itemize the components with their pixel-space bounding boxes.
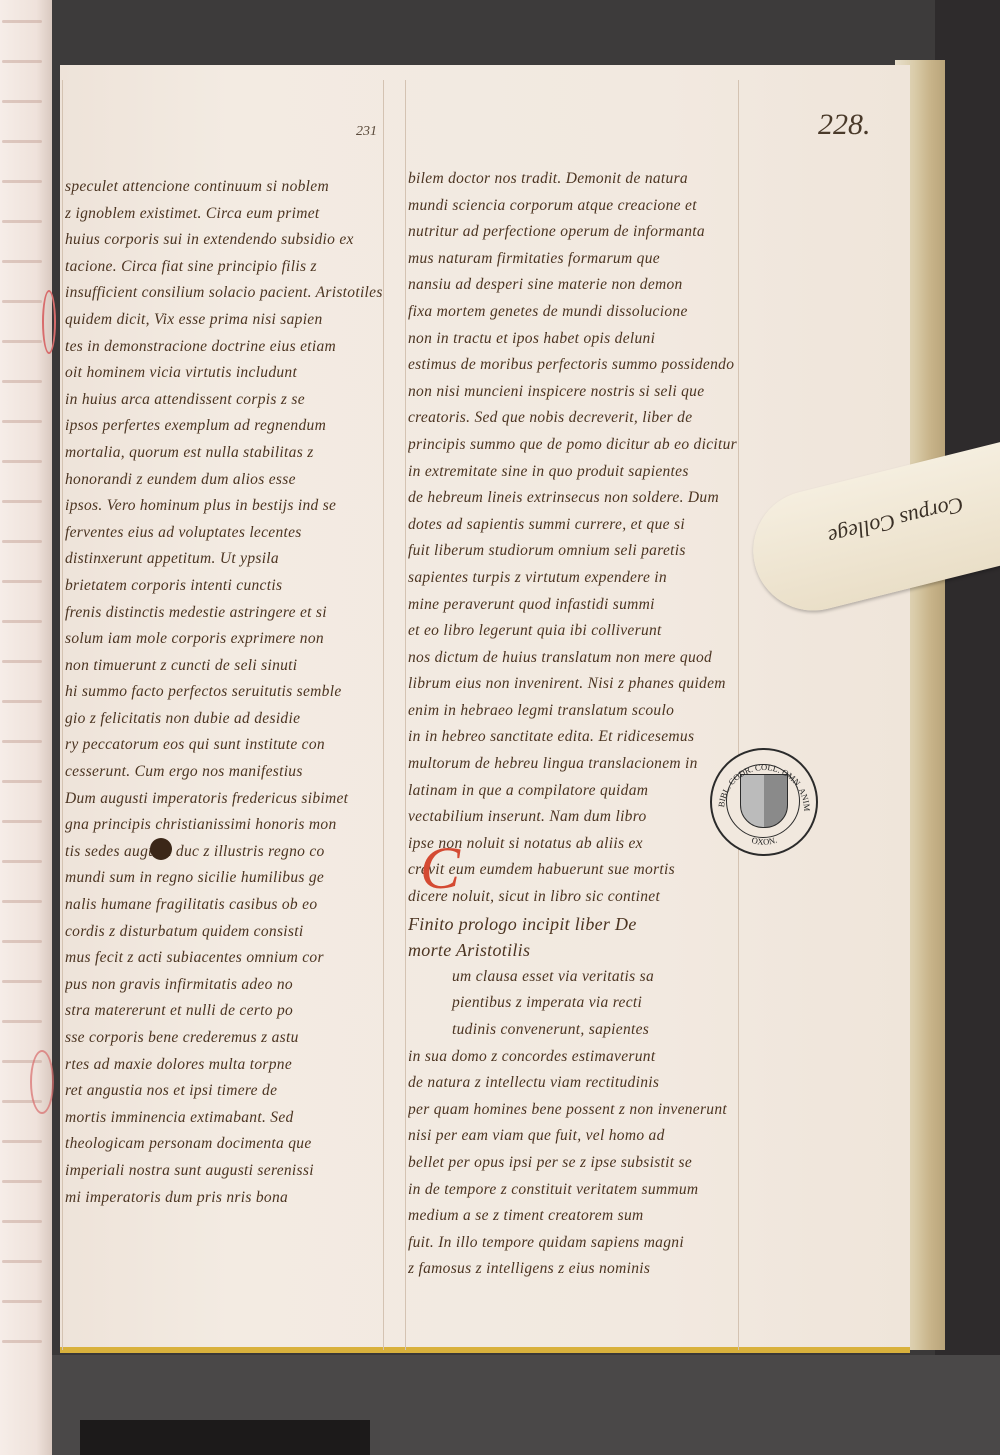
ruling-line-left-outer xyxy=(62,80,63,1350)
text-line: tes in demonstracione doctrine eius etia… xyxy=(65,334,385,361)
left-facing-page xyxy=(0,0,52,1455)
text-line: cordis z disturbatum quidem consisti xyxy=(65,919,385,946)
text-column-right: bilem doctor nos tradit. Demonit de natu… xyxy=(408,166,738,1283)
text-line: fuit liberum studiorum omnium seli paret… xyxy=(408,538,738,565)
text-line: multorum de hebreu lingua translacionem … xyxy=(408,751,738,778)
text-line: non in tractu et ipos habet opis deluni xyxy=(408,326,738,353)
text-line: creatoris. Sed que nobis decreverit, lib… xyxy=(408,405,738,432)
text-line: hi summo facto perfectos seruitutis semb… xyxy=(65,679,385,706)
text-line: tacione. Circa fiat sine principio filis… xyxy=(65,254,385,281)
text-line: speculet attencione continuum si noblem xyxy=(65,174,385,201)
text-line: pus non gravis infirmitatis adeo no xyxy=(65,972,385,999)
svg-text:OXON.: OXON. xyxy=(751,835,778,847)
ink-stain xyxy=(150,838,172,860)
text-line: librum eius non invenirent. Nisi z phane… xyxy=(408,671,738,698)
rubric-line: morte Aristotilis xyxy=(408,937,738,964)
text-line: z ignoblem existimet. Circa eum primet xyxy=(65,201,385,228)
text-line: theologicam personam docimenta que xyxy=(65,1131,385,1158)
text-line: Dum augusti imperatoris fredericus sibim… xyxy=(65,786,385,813)
left-page-red-initial-2 xyxy=(30,1050,54,1114)
text-line: sapientes turpis z virtutum expendere in xyxy=(408,565,738,592)
text-line: ipsos. Vero hominum plus in bestijs ind … xyxy=(65,493,385,520)
pencil-foliation: 231 xyxy=(356,124,377,140)
text-line: bilem doctor nos tradit. Demonit de natu… xyxy=(408,166,738,193)
text-line: gio z felicitatis non dubie ad desidie xyxy=(65,706,385,733)
text-line: honorandi z eundem dum alios esse xyxy=(65,467,385,494)
text-line: in huius arca attendissent corpis z se xyxy=(65,387,385,414)
text-line: medium a se z timent creatorem sum xyxy=(408,1203,738,1230)
text-line: sse corporis bene crederemus z astu xyxy=(65,1025,385,1052)
ruling-line-col2-left xyxy=(405,80,406,1350)
text-line: de hebreum lineis extrinsecus non solder… xyxy=(408,485,738,512)
text-line: ferventes eius ad voluptates lecentes xyxy=(65,520,385,547)
text-line: principis summo que de pomo dicitur ab e… xyxy=(408,432,738,459)
text-line: mus naturam firmitaties formarum que xyxy=(408,246,738,273)
stamp-bottom-text: OXON. xyxy=(751,835,778,847)
text-line: mus fecit z acti subiacentes omnium cor xyxy=(65,945,385,972)
text-line: mortalia, quorum est nulla stabilitas z xyxy=(65,440,385,467)
text-line: z famosus z intelligens z eius nominis xyxy=(408,1256,738,1283)
text-line: et eo libro legerunt quia ibi colliverun… xyxy=(408,618,738,645)
text-line: frenis distinctis medestie astringere et… xyxy=(65,600,385,627)
text-line: mortis imminencia extimabant. Sed xyxy=(65,1105,385,1132)
text-line: mundi sum in regno sicilie humilibus ge xyxy=(65,865,385,892)
text-line: in extremitate sine in quo produit sapie… xyxy=(408,459,738,486)
text-line: nansiu ad desperi sine materie non demon xyxy=(408,272,738,299)
text-line: mine peraverunt quod infastidi summi xyxy=(408,592,738,619)
text-line: imperiali nostra sunt augusti serenissi xyxy=(65,1158,385,1185)
stamp-top-text: BIBL. CODR. COLL. OMN. ANIM. xyxy=(712,750,812,812)
text-line: ipsos perfertes exemplum ad regnendum xyxy=(65,413,385,440)
text-line: non timuerunt z cuncti de seli sinuti xyxy=(65,653,385,680)
text-line: per quam homines bene possent z non inve… xyxy=(408,1097,738,1124)
text-column-left: speculet attencione continuum si noblem … xyxy=(65,174,385,1211)
text-line: ry peccatorum eos qui sunt institute con xyxy=(65,732,385,759)
text-line: in sua domo z concordes estimaverunt xyxy=(408,1044,738,1071)
text-line: distinxerunt appetitum. Ut ypsila xyxy=(65,546,385,573)
decorated-initial: C xyxy=(420,838,460,898)
text-line: insufficient consilium solacio pacient. … xyxy=(65,280,385,307)
library-stamp: BIBL. CODR. COLL. OMN. ANIM. OXON. xyxy=(710,748,818,856)
text-line: mundi sciencia corporum atque creacione … xyxy=(408,193,738,220)
text-line: brietatem corporis intenti cunctis xyxy=(65,573,385,600)
folio-number: 228. xyxy=(818,108,871,142)
text-line: tudinis convenerunt, sapientes xyxy=(408,1017,738,1044)
text-line: fixa mortem genetes de mundi dissolucion… xyxy=(408,299,738,326)
text-line: de natura z intellectu viam rectitudinis xyxy=(408,1070,738,1097)
text-line: nutritur ad perfectione operum de inform… xyxy=(408,219,738,246)
text-line: gna principis christianissimi honoris mo… xyxy=(65,812,385,839)
text-line: enim in hebraeo legmi translatum scoulo xyxy=(408,698,738,725)
text-line: pientibus z imperata via recti xyxy=(408,990,738,1017)
text-line: mi imperatoris dum pris nris bona xyxy=(65,1185,385,1212)
text-line: nisi per eam viam que fuit, vel homo ad xyxy=(408,1123,738,1150)
text-line: quidem dicit, Vix esse prima nisi sapien xyxy=(65,307,385,334)
text-line: fuit. In illo tempore quidam sapiens mag… xyxy=(408,1230,738,1257)
text-line: um clausa esset via veritatis sa xyxy=(408,964,738,991)
svg-text:BIBL. CODR. COLL. OMN. ANIM.: BIBL. CODR. COLL. OMN. ANIM. xyxy=(712,750,812,812)
text-line: bellet per opus ipsi per se z ipse subsi… xyxy=(408,1150,738,1177)
text-line: estimus de moribus perfectoris summo pos… xyxy=(408,352,738,379)
text-line: cesserunt. Cum ergo nos manifestius xyxy=(65,759,385,786)
ruling-line-col2-right xyxy=(738,80,739,1350)
gilt-edge xyxy=(60,1347,910,1353)
text-line: vectabilium inserunt. Nam dum libro xyxy=(408,804,738,831)
text-line: dotes ad sapientis summi currere, et que… xyxy=(408,512,738,539)
text-line: huius corporis sui in extendendo subsidi… xyxy=(65,227,385,254)
cradle-dark-shadow xyxy=(80,1420,370,1455)
text-line: in de tempore z constituit veritatem sum… xyxy=(408,1177,738,1204)
text-line: ret angustia nos et ipsi timere de xyxy=(65,1078,385,1105)
rubric-line: Finito prologo incipit liber De xyxy=(408,911,738,938)
stamp-text: BIBL. CODR. COLL. OMN. ANIM. OXON. xyxy=(712,750,816,854)
text-line: stra matererunt et nulli de certo po xyxy=(65,998,385,1025)
text-line: in in hebreo sanctitate edita. Et ridice… xyxy=(408,724,738,751)
text-line: nos dictum de huius translatum non mere … xyxy=(408,645,738,672)
text-line: rtes ad maxie dolores multa torpne xyxy=(65,1052,385,1079)
text-line: latinam in que a compilatore quidam xyxy=(408,778,738,805)
text-line: non nisi muncieni inspicere nostris si s… xyxy=(408,379,738,406)
text-line: tis sedes augusti duc z illustris regno … xyxy=(65,839,385,866)
text-line: nalis humane fragilitatis casibus ob eo xyxy=(65,892,385,919)
left-page-red-initial xyxy=(42,290,56,354)
text-line: solum iam mole corporis exprimere non xyxy=(65,626,385,653)
text-line: oit hominem vicia virtutis includunt xyxy=(65,360,385,387)
bookmark-label: Corpus College xyxy=(825,491,966,550)
